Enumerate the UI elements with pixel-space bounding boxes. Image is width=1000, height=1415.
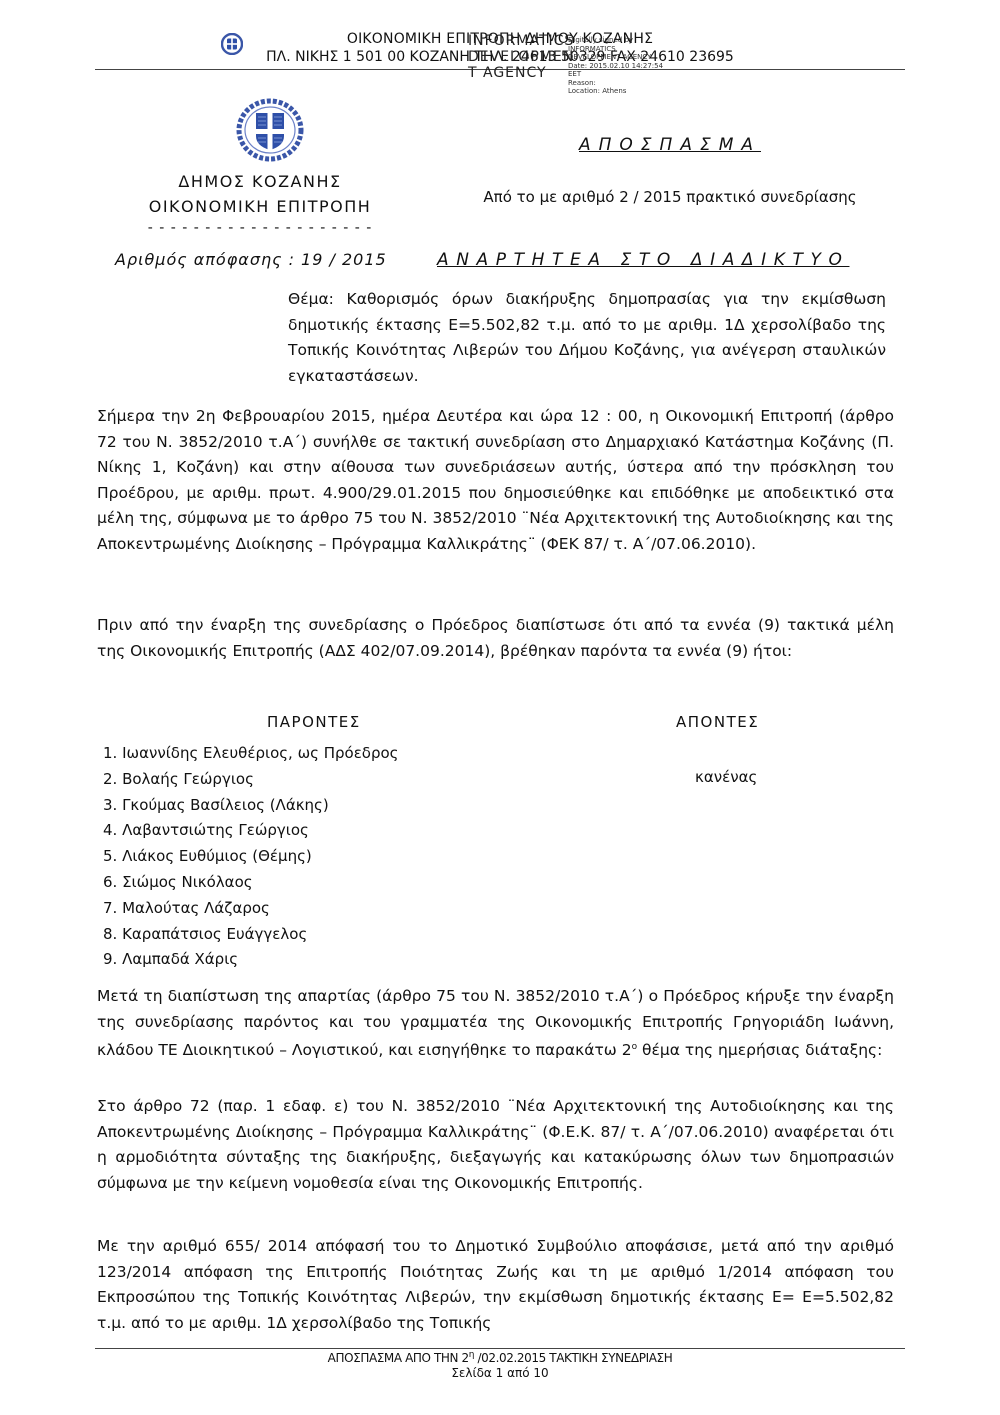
absent-value: κανένας xyxy=(695,768,757,786)
paragraph-after-quorum: Μετά τη διαπίστωση της απαρτίας (άρθρο 7… xyxy=(97,984,894,1064)
paragraph-article72: Στο άρθρο 72 (παρ. 1 εδαφ. ε) του Ν. 385… xyxy=(97,1094,894,1196)
signature-detail: Location: Athens xyxy=(568,87,663,96)
footer-title: ΑΠΟΣΠΑΣΜΑ ΑΠΟ ΤΗΝ 2η /02.02.2015 ΤΑΚΤΙΚΗ… xyxy=(0,1350,1000,1365)
present-header: ΠΑΡΟΝΤΕΣ xyxy=(267,713,361,731)
signature-details: Digitally signed by INFORMATICS DEVELOPM… xyxy=(568,36,663,96)
minutes-reference: Από το με αριθμό 2 / 2015 πρακτικό συνεδ… xyxy=(440,188,900,206)
signature-agency-line3: T AGENCY xyxy=(468,65,574,81)
signature-agency-line2: DEVELOPMEN xyxy=(468,49,574,65)
committee-name: ΟΙΚΟΝΟΜΙΚΗ ΕΠΙΤΡΟΠΗ xyxy=(120,197,400,216)
footer-text: /02.02.2015 ΤΑΚΤΙΚΗ ΣΥΝΕΔΡΙΑΣΗ xyxy=(474,1351,672,1365)
municipality-name: ΔΗΜΟΣ ΚΟΖΑΝΗΣ xyxy=(120,172,400,191)
paragraph-decision655: Με την αριθμό 655/ 2014 απόφασή του το Δ… xyxy=(97,1234,894,1336)
signature-agency: INFORMATICS DEVELOPMEN T AGENCY xyxy=(468,33,574,81)
list-item: 8. Καραπάτσιος Ευάγγελος xyxy=(103,922,398,948)
page-number: Σελίδα 1 από 10 xyxy=(0,1366,1000,1380)
list-item: 9. Λαμπαδά Χάρις xyxy=(103,947,398,973)
signature-detail: INFORMATICS xyxy=(568,45,663,54)
paragraph-quorum: Πριν από την έναρξη της συνεδρίασης ο Πρ… xyxy=(97,613,894,664)
footer-divider xyxy=(95,1348,905,1349)
list-item: 5. Λιάκος Ευθύμιος (Θέμης) xyxy=(103,844,398,870)
decision-number: Αριθμός απόφασης : 19 / 2015 xyxy=(115,250,387,269)
org-separator: - - - - - - - - - - - - - - - - - - - - xyxy=(130,220,390,236)
list-item: 3. Γκούμας Βασίλειος (Λάκης) xyxy=(103,793,398,819)
signature-agency-line1: INFORMATICS xyxy=(468,33,574,49)
paragraph-intro: Σήμερα την 2η Φεβρουαρίου 2015, ημέρα Δε… xyxy=(97,404,894,557)
signature-detail: Reason: xyxy=(568,79,663,88)
list-item: 6. Σιώμος Νικόλαος xyxy=(103,870,398,896)
absent-header: ΑΠΟΝΤΕΣ xyxy=(676,713,759,731)
signature-detail: EET xyxy=(568,70,663,79)
signature-detail: DEVELOPMENT AGENCY xyxy=(568,53,663,62)
list-item: 1. Ιωαννίδης Ελευθέριος, ως Πρόεδρος xyxy=(103,741,398,767)
publish-notice: ΑΝΑΡΤΗΤΕΑ ΣΤΟ ΔΙΑΔΙΚΤΥΟ xyxy=(437,250,849,270)
list-item: 2. Βολαής Γεώργιος xyxy=(103,767,398,793)
document-type-title: ΑΠΟΣΠΑΣΜΑ xyxy=(440,135,900,155)
paragraph-text: θέμα της ημερήσιας διάταξης: xyxy=(637,1041,882,1059)
list-item: 7. Μαλούτας Λάζαρος xyxy=(103,896,398,922)
signature-detail: Date: 2015.02.10 14:27:54 xyxy=(568,62,663,71)
present-list: 1. Ιωαννίδης Ελευθέριος, ως Πρόεδρος 2. … xyxy=(103,741,398,973)
list-item: 4. Λαβαντσιώτης Γεώργιος xyxy=(103,818,398,844)
coat-of-arms-icon xyxy=(236,98,304,162)
footer-text: ΑΠΟΣΠΑΣΜΑ ΑΠΟ ΤΗΝ 2 xyxy=(328,1351,469,1365)
signature-detail: Digitally signed by xyxy=(568,36,663,45)
subject: Θέμα: Καθορισμός όρων διακήρυξης δημοπρα… xyxy=(288,287,886,389)
